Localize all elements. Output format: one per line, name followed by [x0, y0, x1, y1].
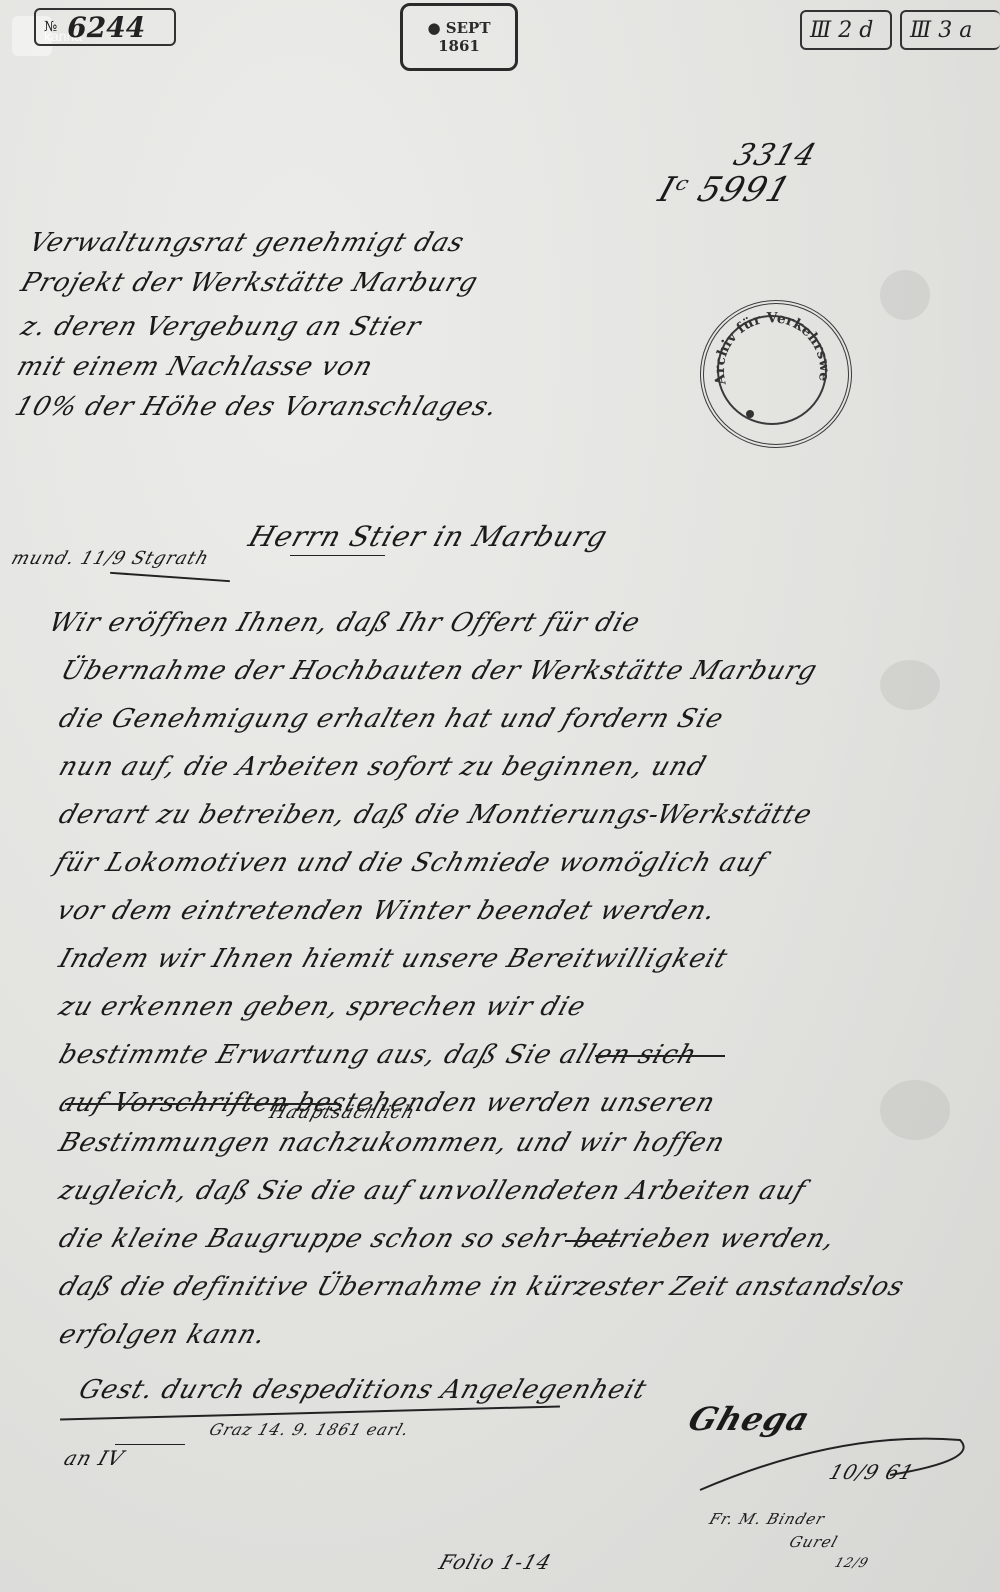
summary-line: Verwaltungsrat genehmigt das [25, 228, 468, 258]
body-line: derart zu betreiben, daß die Montierungs… [55, 800, 816, 830]
body-line: daß die definitive Übernahme in kürzeste… [55, 1272, 908, 1302]
document-page: kanna № 6244 ● SEPT 1861 Ⅲ 2 d Ⅲ 3 a 331… [0, 0, 1000, 1592]
archive-seal: Archiv für Verkehrswesen [700, 300, 852, 448]
number-sign: № [44, 19, 57, 35]
reference-box-2-text: Ⅲ 3 a [910, 18, 972, 43]
summary-line: Projekt der Werkstätte Marburg [17, 268, 482, 298]
reference-box-1-text: Ⅲ 2 d [810, 18, 873, 43]
closing-left-mark: an IV [61, 1446, 127, 1470]
signature-note-line-3: 12/9 [833, 1556, 871, 1571]
date-stamp-month: ● SEPT [427, 19, 490, 37]
body-line: für Lokomotiven und die Schmiede womögli… [51, 848, 770, 878]
body-line: Bestimmungen nachzukommen, und wir hoffe… [55, 1128, 729, 1158]
summary-line: z. deren Vergebung an Stier [17, 312, 425, 342]
paper-stain [880, 270, 930, 320]
reference-box-2: Ⅲ 3 a [900, 10, 1000, 50]
reference-number-lower: Iᶜ 5991 [654, 170, 797, 210]
signature-note-line-1: Fr. M. Binder [707, 1510, 827, 1528]
body-line: zu erkennen geben, sprechen wir die [55, 992, 590, 1022]
paper-stain [880, 1080, 950, 1140]
strikethrough [565, 1240, 620, 1242]
strikethrough [595, 1055, 725, 1057]
margin-note-underline [110, 572, 230, 582]
document-number: 6244 [67, 11, 145, 44]
addressee: Herrn Stier in Marburg [245, 520, 613, 553]
body-line: zugleich, daß Sie die auf unvollendeten … [55, 1176, 810, 1206]
seal-ring-icon: Archiv für Verkehrswesen [704, 304, 840, 436]
date-stamp-year: 1861 [438, 37, 480, 55]
summary-line: 10% der Höhe des Voranschlages. [11, 392, 502, 422]
margin-note: mund. 11/9 Stgrath [9, 548, 212, 569]
closing-underline [60, 1405, 560, 1420]
body-line: die Genehmigung erhalten hat und fordern… [55, 704, 728, 734]
signature-note-line-2: Gurel [787, 1533, 840, 1551]
closing-line: Gest. durch despeditions Angelegenheit [75, 1375, 651, 1405]
summary-line: mit einem Nachlasse von [13, 352, 377, 382]
body-line: Wir eröffnen Ihnen, daß Ihr Offert für d… [45, 608, 644, 638]
document-number-box: № 6244 [34, 8, 176, 46]
addressee-underline [290, 555, 385, 556]
body-line: Übernahme der Hochbauten der Werkstätte … [57, 656, 821, 686]
body-line: Indem wir Ihnen hiemit unsere Bereitwill… [55, 944, 732, 974]
closing-sub-note: Graz 14. 9. 1861 earl. [207, 1420, 412, 1439]
reference-number-upper: 3314 [729, 138, 821, 173]
interlinear-insertion: Hauptsächlich [267, 1102, 418, 1123]
body-line: erfolgen kann. [55, 1320, 270, 1350]
signature-date: 10/9 61 [826, 1460, 918, 1484]
body-line: nun auf, die Arbeiten sofort zu beginnen… [55, 752, 710, 782]
body-line: vor dem eintretenden Winter beendet werd… [53, 896, 720, 926]
folio-number: Folio 1-14 [436, 1550, 555, 1574]
paper-stain [880, 660, 940, 710]
svg-text:Archiv für Verkehrswesen: Archiv für Verkehrswesen [704, 304, 832, 387]
closing-left-mark-overline [115, 1444, 185, 1445]
reference-box-1: Ⅲ 2 d [800, 10, 892, 50]
seal-text: Archiv für Verkehrswesen [704, 304, 832, 387]
body-line: die kleine Baugruppe schon so sehr betri… [55, 1224, 839, 1254]
date-stamp: ● SEPT 1861 [400, 3, 518, 71]
